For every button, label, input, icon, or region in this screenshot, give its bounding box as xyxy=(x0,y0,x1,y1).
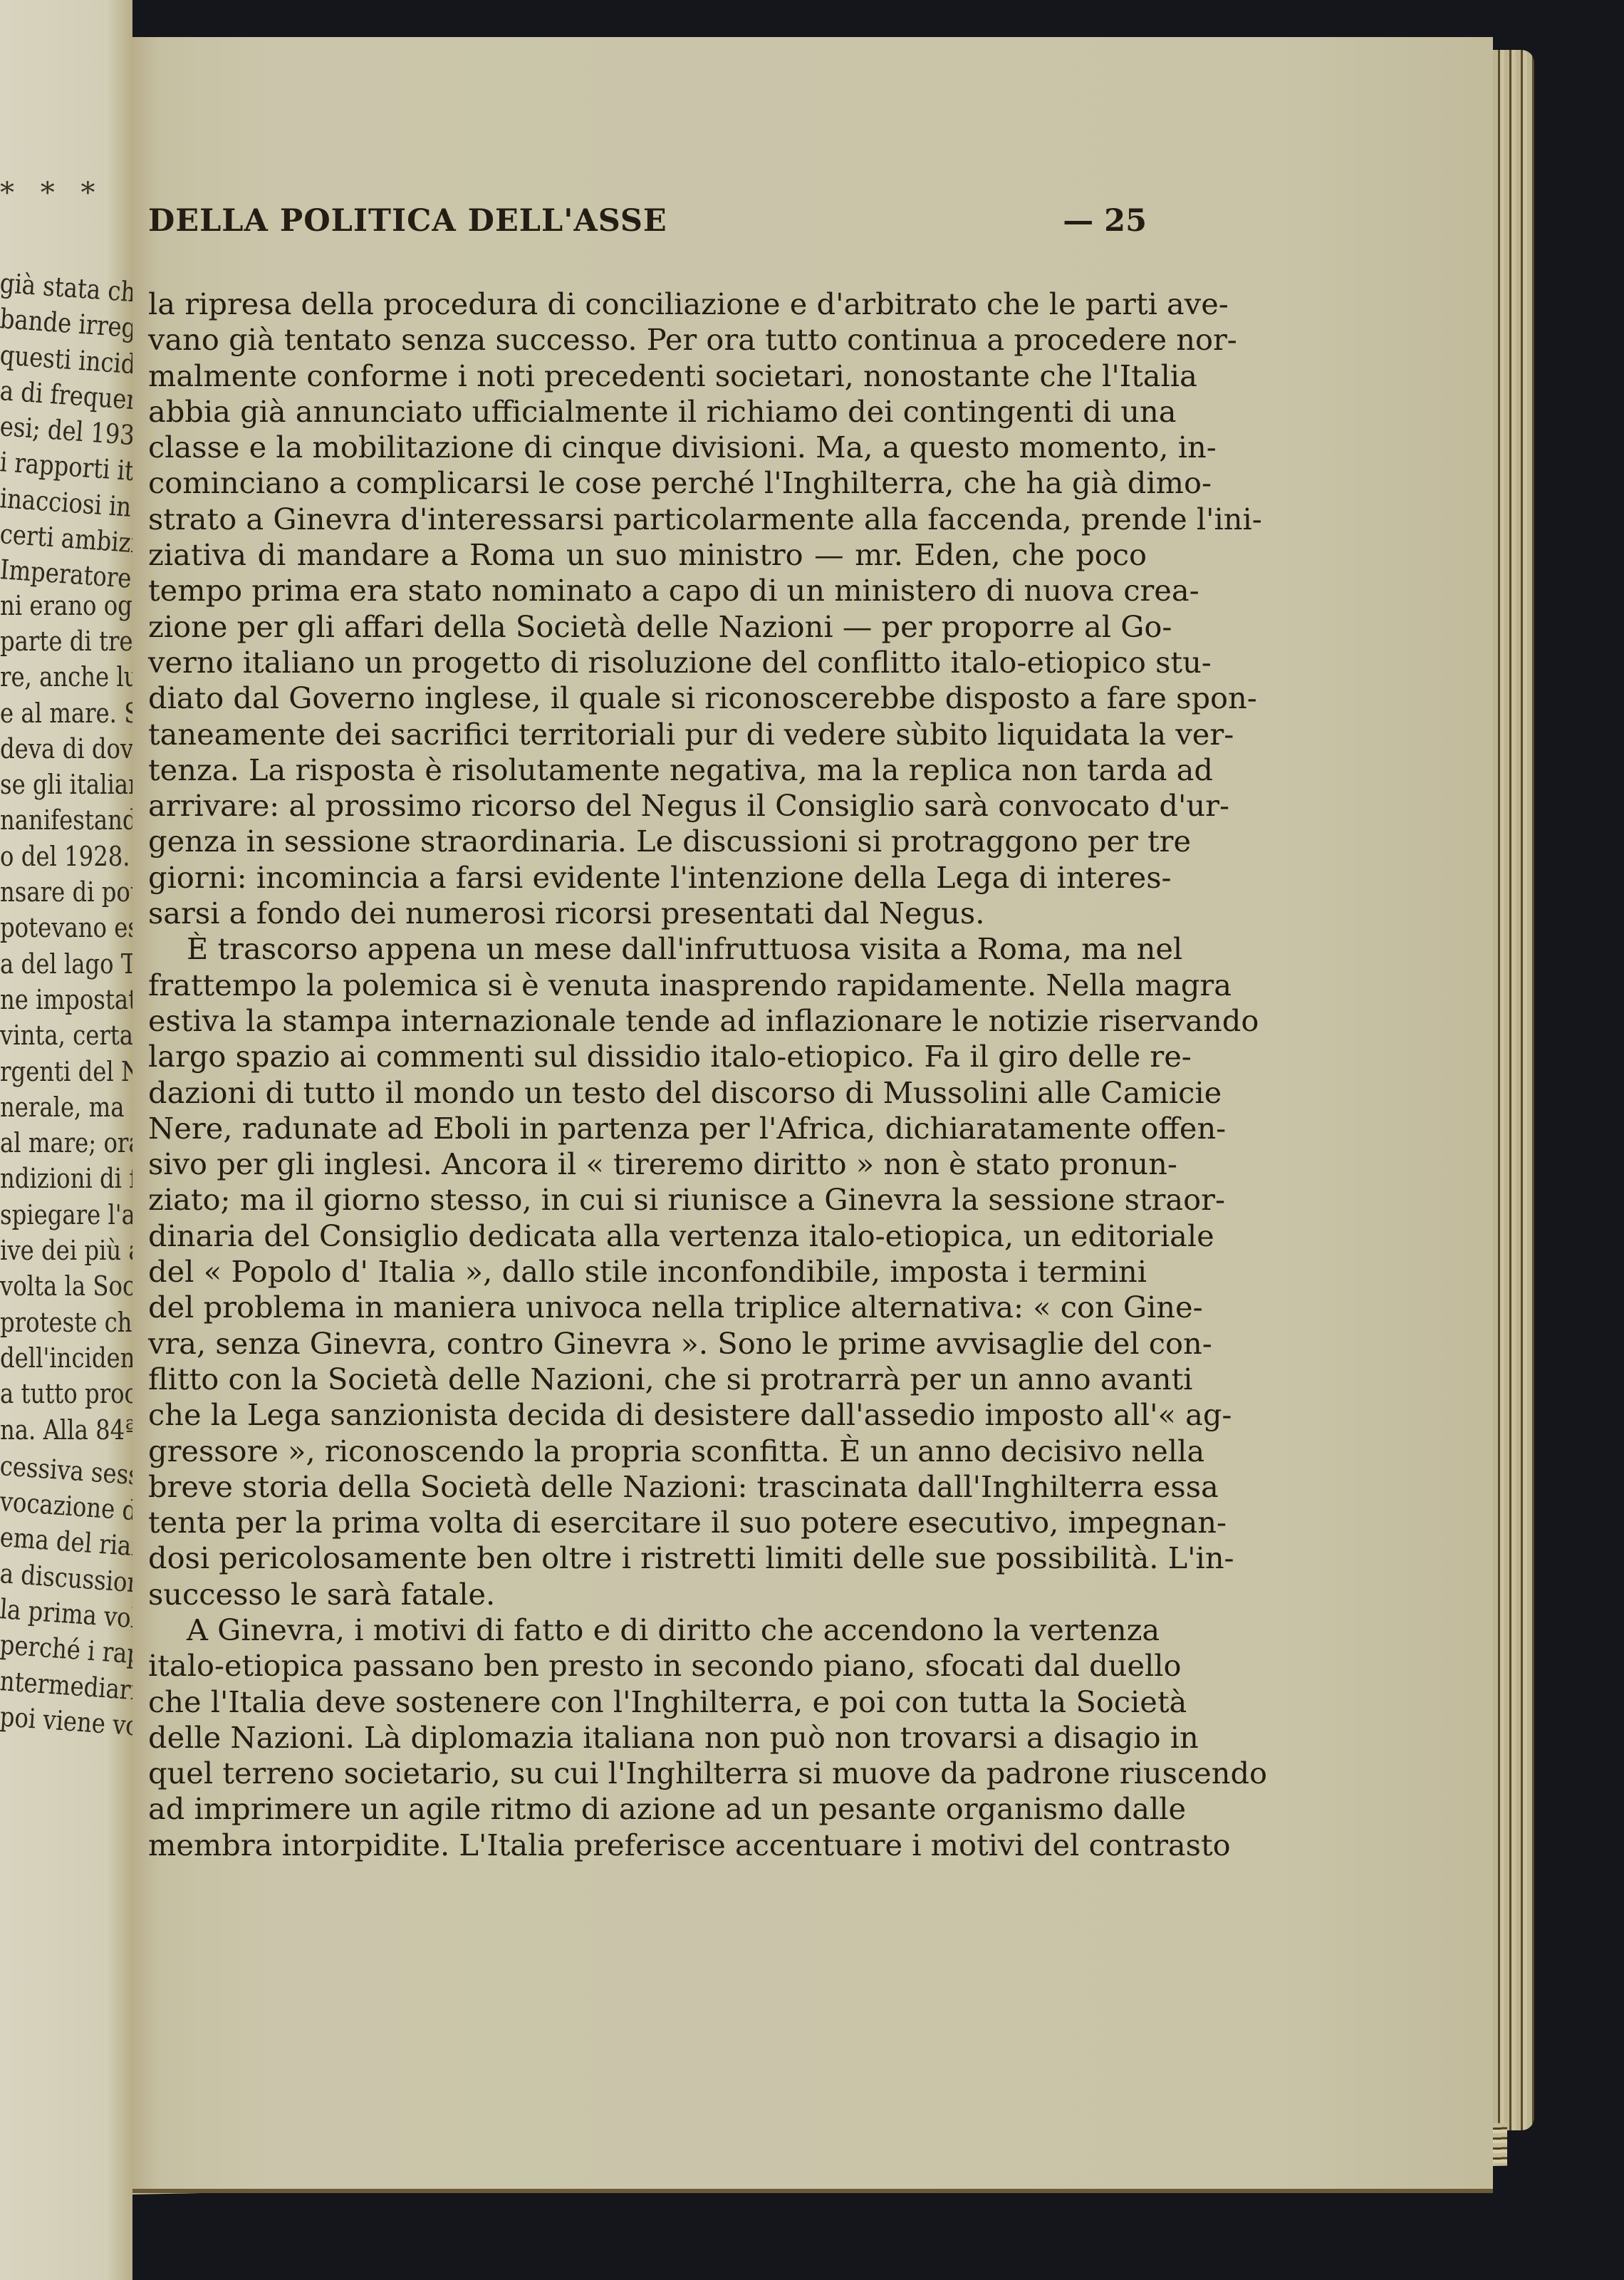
text-line: arrivare: al prossimo ricorso del Negus … xyxy=(148,788,1147,824)
text-line: che l'Italia deve sostenere con l'Inghil… xyxy=(148,1684,1147,1720)
text-line: estiva la stampa internazionale tende ad… xyxy=(148,1003,1147,1039)
text-line: cominciano a complicarsi le cose perché … xyxy=(148,465,1147,501)
text-line: ad imprimere un agile ritmo di azione ad… xyxy=(148,1791,1147,1827)
body-text: la ripresa della procedura di conciliazi… xyxy=(148,286,1147,1863)
text-line: verno italiano un progetto di risoluzion… xyxy=(148,645,1147,680)
text-line: gressore », riconoscendo la propria scon… xyxy=(148,1434,1147,1469)
text-line: membra intorpidite. L'Italia preferisce … xyxy=(148,1828,1147,1863)
left-text-line: nanifestando il la xyxy=(0,802,121,838)
left-page-text: già stata chiamatabande irregolariquesti… xyxy=(0,265,132,1734)
left-text-line: al mare; ora, Al xyxy=(0,1125,121,1161)
left-text-line: poi viene votata xyxy=(0,1699,122,1743)
text-line: successo le sarà fatale. xyxy=(148,1577,1147,1612)
text-line: Nere, radunate ad Eboli in partenza per … xyxy=(148,1111,1147,1146)
left-text-line: dell'incidente di U xyxy=(0,1340,121,1376)
text-line: che la Lega sanzionista decida di desist… xyxy=(148,1397,1147,1433)
text-line: ziativa di mandare a Roma un suo ministr… xyxy=(148,537,1147,573)
text-line: largo spazio ai commenti sul dissidio it… xyxy=(148,1039,1147,1074)
text-line: dinaria del Consiglio dedicata alla vert… xyxy=(148,1218,1147,1254)
text-line: dosi pericolosamente ben oltre i ristret… xyxy=(148,1540,1147,1576)
left-text-line: a tutto proceder xyxy=(0,1376,121,1411)
text-line: delle Nazioni. Là diplomazia italiana no… xyxy=(148,1720,1147,1756)
text-line: genza in sessione straordinaria. Le disc… xyxy=(148,824,1147,859)
text-line: È trascorso appena un mese dall'infruttu… xyxy=(148,931,1147,967)
text-line: del problema in maniera univoca nella tr… xyxy=(148,1290,1147,1325)
left-text-line: ive dei più ambi xyxy=(0,1233,121,1268)
text-line: strato a Ginevra d'interessarsi particol… xyxy=(148,502,1147,537)
left-text-line: ndizioni di ferm xyxy=(0,1161,121,1196)
left-text-line: nsare di poter fa xyxy=(0,874,121,910)
left-text-line: o del 1928. Nell xyxy=(0,839,121,874)
running-title: DELLA POLITICA DELL'ASSE xyxy=(148,203,667,239)
left-text-line: nerale, ma il Negus xyxy=(0,1089,121,1125)
text-line: tenza. La risposta è risolutamente negat… xyxy=(148,752,1147,788)
text-line: sarsi a fondo dei numerosi ricorsi prese… xyxy=(148,896,1147,931)
text-line: giorni: incomincia a farsi evidente l'in… xyxy=(148,860,1147,896)
text-line: flitto con la Società delle Nazioni, che… xyxy=(148,1362,1147,1397)
text-line: zione per gli affari della Società delle… xyxy=(148,609,1147,645)
left-text-line: re, anche lui, le xyxy=(0,659,121,695)
left-text-line: potevano essere fa xyxy=(0,910,121,945)
text-line: diato dal Governo inglese, il quale si r… xyxy=(148,680,1147,716)
text-line: classe e la mobilitazione di cinque divi… xyxy=(148,430,1147,465)
left-text-line: vinta, certamente xyxy=(0,1017,121,1053)
text-line: A Ginevra, i motivi di fatto e di diritt… xyxy=(148,1612,1147,1648)
left-text-line: parte di tre gra xyxy=(0,623,121,659)
left-text-line: spiegare l'attegg xyxy=(0,1197,121,1233)
text-line: quel terreno societario, su cui l'Inghil… xyxy=(148,1756,1147,1791)
left-text-line: proteste che il Go xyxy=(0,1305,121,1340)
text-line: breve storia della Società delle Nazioni… xyxy=(148,1469,1147,1505)
paragraph: la ripresa della procedura di conciliazi… xyxy=(148,286,1147,931)
text-line: italo-etiopica passano ben presto in sec… xyxy=(148,1648,1147,1684)
left-text-line: volta la Società de xyxy=(0,1268,121,1304)
left-text-line: ni erano oggetto xyxy=(0,588,121,623)
text-line: vra, senza Ginevra, contro Ginevra ». So… xyxy=(148,1326,1147,1362)
left-page-fragment: * * * già stata chiamatabande irregolari… xyxy=(0,0,132,2280)
left-text-line: se gli italiani ve xyxy=(0,767,121,802)
text-line: dazioni di tutto il mondo un testo del d… xyxy=(148,1075,1147,1111)
section-ornament: * * * xyxy=(0,177,103,209)
text-line: tempo prima era stato nominato a capo di… xyxy=(148,573,1147,608)
left-text-line: e al mare. Secon xyxy=(0,695,121,731)
paragraph: A Ginevra, i motivi di fatto e di diritt… xyxy=(148,1612,1147,1863)
page-fore-edge xyxy=(1493,50,1534,2130)
text-line: vano già tentato senza successo. Per ora… xyxy=(148,322,1147,358)
text-line: taneamente dei sacrifici territoriali pu… xyxy=(148,717,1147,752)
text-line: la ripresa della procedura di conciliazi… xyxy=(148,286,1147,322)
text-line: tenta per la prima volta di esercitare i… xyxy=(148,1505,1147,1540)
paragraph: È trascorso appena un mese dall'infruttu… xyxy=(148,931,1147,1612)
left-text-line: na. Alla 84ª sessi xyxy=(0,1412,121,1448)
left-text-line: rgenti del Nilo A xyxy=(0,1054,121,1089)
running-header: DELLA POLITICA DELL'ASSE — 25 xyxy=(148,199,1147,242)
page-number: — 25 xyxy=(1063,203,1147,239)
text-line: sivo per gli inglesi. Ancora il « tirere… xyxy=(148,1146,1147,1182)
text-line: ziato; ma il giorno stesso, in cui si ri… xyxy=(148,1182,1147,1218)
left-text-line: a del lago Tana xyxy=(0,946,121,982)
left-text-line: ne impostati: se xyxy=(0,982,121,1017)
text-line: del « Popolo d' Italia », dallo stile in… xyxy=(148,1254,1147,1290)
text-line: malmente conforme i noti precedenti soci… xyxy=(148,358,1147,394)
text-line: frattempo la polemica si è venuta inaspr… xyxy=(148,968,1147,1003)
left-text-line: deva di dover xyxy=(0,731,121,767)
text-line: abbia già annunciato ufficialmente il ri… xyxy=(148,394,1147,430)
